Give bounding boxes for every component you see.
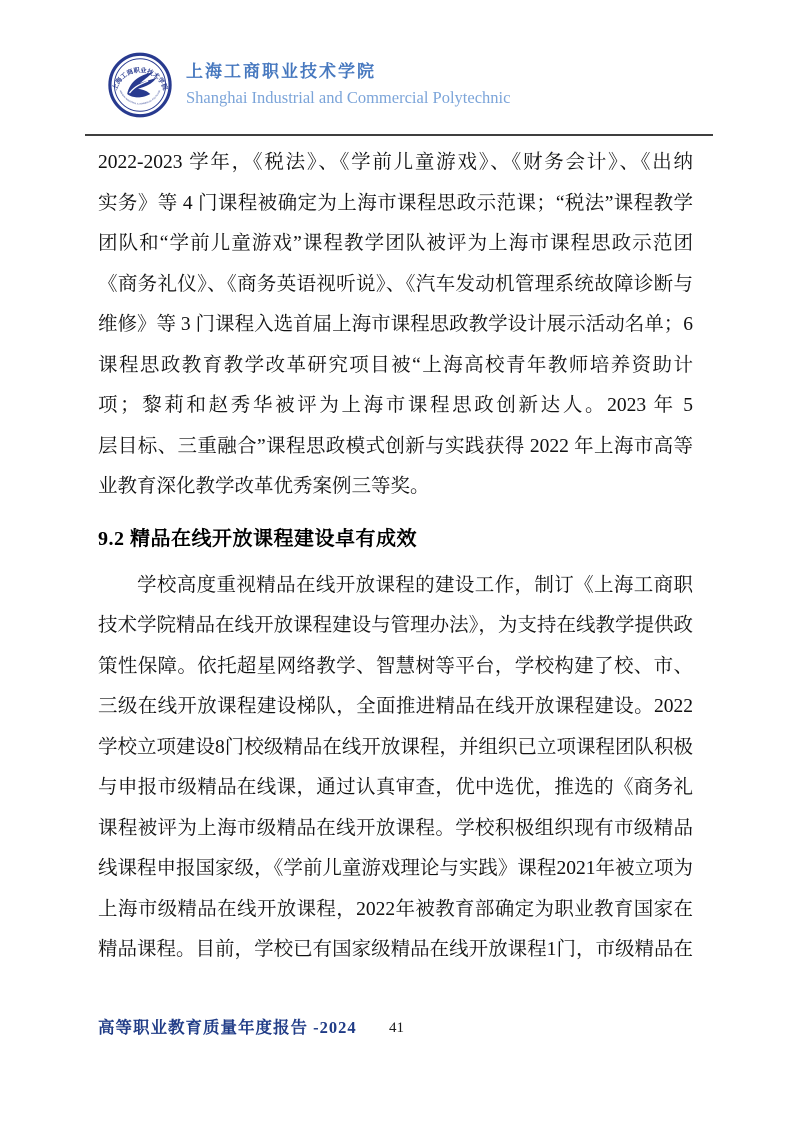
text-line: 业教育深化教学改革优秀案例三等奖。 xyxy=(98,467,693,508)
text-line: 学校高度重视精品在线开放课程的建设工作，制订《上海工商职业 xyxy=(98,566,693,607)
text-line: 实务》等 4 门课程被确定为上海市课程思政示范课；“税法”课程教学 xyxy=(98,184,693,225)
school-emblem-icon: 上海工商职业技术学院 SHANGHAI INDUSTRIAL & COMMERC… xyxy=(108,52,172,118)
page-footer: 高等职业教育质量年度报告 -2024 41 xyxy=(0,1014,793,1042)
text-line: 团队和“学前儿童游戏”课程教学团队被评为上海市课程思政示范团队； xyxy=(98,224,693,265)
paragraph-course-ideology-achievements: 2022-2023 学年，《税法》、《学前儿童游戏》、《财务会计》、《出纳实务》… xyxy=(98,143,693,508)
text-line: 技术学院精品在线开放课程建设与管理办法》，为支持在线教学提供政 xyxy=(98,606,693,647)
page-number: 41 xyxy=(0,1014,793,1042)
text-line: 课程思政教育教学改革研究项目被“上海高校青年教师培养资助计划”立 xyxy=(98,346,693,387)
section-heading-9-2: 9.2 精品在线开放课程建设卓有成效 xyxy=(98,518,693,560)
text-line: 维修》等 3 门课程入选首届上海市课程思政教学设计展示活动名单；6 项 xyxy=(98,305,693,346)
text-line: 项；黎莉和赵秀华被评为上海市课程思政创新达人。2023 年 5 月，“双 xyxy=(98,386,693,427)
header-divider xyxy=(85,134,713,136)
header-text-block: 上海工商职业技术学院 Shanghai Industrial and Comme… xyxy=(186,60,510,110)
text-line: 三级在线开放课程建设梯队，全面推进精品在线开放课程建设。2022年 xyxy=(98,687,693,728)
text-line: 学校立项建设8门校级精品在线开放课程，并组织已立项课程团队积极参 xyxy=(98,728,693,769)
school-name-en: Shanghai Industrial and Commercial Polyt… xyxy=(186,86,510,110)
school-name-zh: 上海工商职业技术学院 xyxy=(186,60,510,84)
text-line: 策性保障。依托超星网络教学、智慧树等平台，学校构建了校、市、国 xyxy=(98,647,693,688)
text-line: 精品课程。目前，学校已有国家级精品在线开放课程1门，市级精品在线 xyxy=(98,930,693,971)
text-line: 上海市级精品在线开放课程，2022年被教育部确定为职业教育国家在线 xyxy=(98,890,693,931)
document-body: 2022-2023 学年，《税法》、《学前儿童游戏》、《财务会计》、《出纳实务》… xyxy=(98,143,693,971)
text-line: 线课程申报国家级，《学前儿童游戏理论与实践》课程2021年被立项为 xyxy=(98,849,693,890)
document-page: 上海工商职业技术学院 SHANGHAI INDUSTRIAL & COMMERC… xyxy=(0,0,793,1122)
text-line: 《商务礼仪》、《商务英语视听说》、《汽车发动机管理系统故障诊断与 xyxy=(98,265,693,306)
text-line: 课程被评为上海市级精品在线开放课程。学校积极组织现有市级精品在 xyxy=(98,809,693,850)
page-header: 上海工商职业技术学院 SHANGHAI INDUSTRIAL & COMMERC… xyxy=(108,50,510,120)
text-line: 层目标、三重融合”课程思政模式创新与实践获得 2022 年上海市高等职 xyxy=(98,427,693,468)
paragraph-online-course-development: 学校高度重视精品在线开放课程的建设工作，制订《上海工商职业技术学院精品在线开放课… xyxy=(98,566,693,971)
text-line: 2022-2023 学年，《税法》、《学前儿童游戏》、《财务会计》、《出纳 xyxy=(98,143,693,184)
text-line: 与申报市级精品在线课，通过认真审查，优中选优，推选的《商务礼仪》 xyxy=(98,768,693,809)
